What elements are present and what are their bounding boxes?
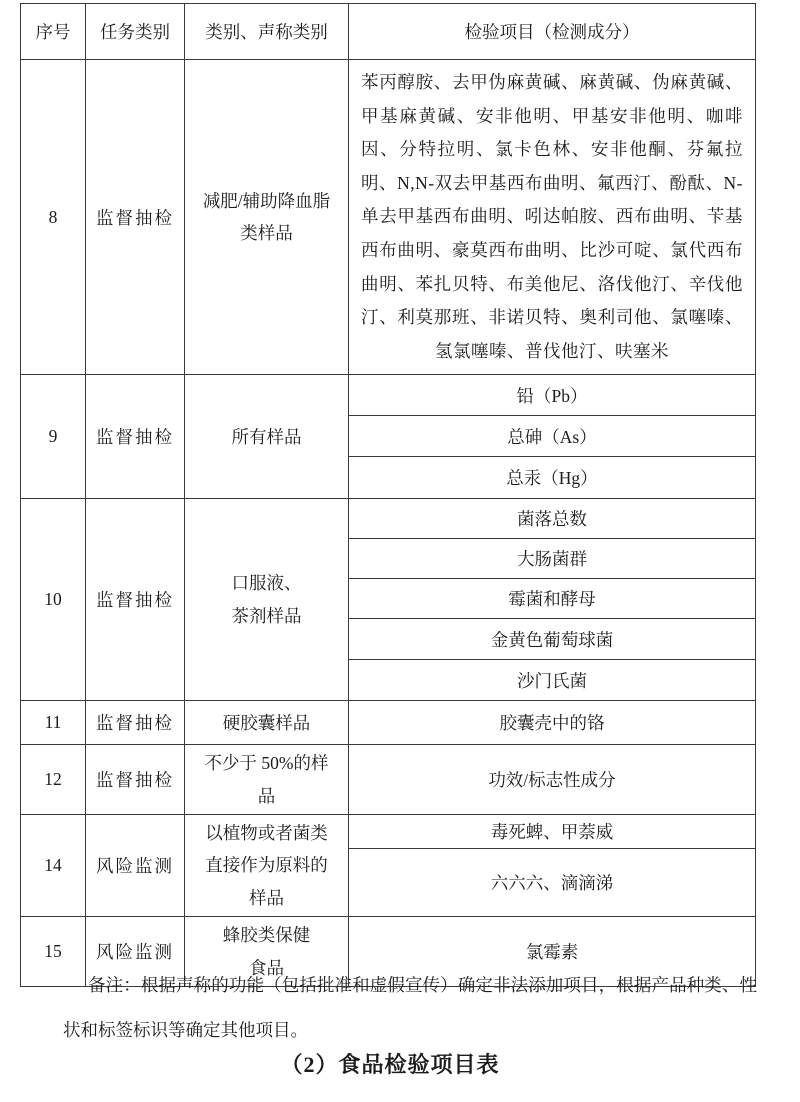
table-row: 9监督抽检所有样品铅（Pb） <box>21 375 756 416</box>
cell-claimed-category: 不少于 50%的样 品 <box>185 745 349 815</box>
cell-claimed-category: 所有样品 <box>185 375 349 499</box>
cell-inspection-item: 功效/标志性成分 <box>349 745 756 815</box>
cell-task-category: 监督抽检 <box>86 499 185 701</box>
section-title: （2）食品检验项目表 <box>0 1048 780 1079</box>
cell-claimed-category: 以植物或者菌类 直接作为原料的 样品 <box>185 815 349 917</box>
cell-inspection-item: 霉菌和酵母 <box>349 579 756 619</box>
col-header-task-category: 任务类别 <box>86 4 185 60</box>
table-row: 10监督抽检口服液、 茶剂样品菌落总数 <box>21 499 756 539</box>
cell-task-category: 监督抽检 <box>86 60 185 375</box>
col-header-claimed-category: 类别、声称类别 <box>185 4 349 60</box>
cell-row-number: 12 <box>21 745 86 815</box>
table-row: 14风险监测以植物或者菌类 直接作为原料的 样品毒死蜱、甲萘威 <box>21 815 756 849</box>
cell-row-number: 11 <box>21 701 86 745</box>
cell-row-number: 8 <box>21 60 86 375</box>
cell-task-category: 监督抽检 <box>86 745 185 815</box>
table-row: 8监督抽检减肥/辅助降血脂 类样品苯丙醇胺、去甲伪麻黄碱、麻黄碱、伪麻黄碱、甲基… <box>21 60 756 375</box>
cell-inspection-item: 铅（Pb） <box>349 375 756 416</box>
note-text: 备注：根据声称的功能（包括批准和虚假宣传）确定非法添加项目，根据产品种类、性状和… <box>63 963 757 1053</box>
cell-row-number: 14 <box>21 815 86 917</box>
cell-inspection-item: 六六六、滴滴涕 <box>349 849 756 917</box>
cell-task-category: 监督抽检 <box>86 375 185 499</box>
inspection-items-table: 序号 任务类别 类别、声称类别 检验项目（检测成分） 8监督抽检减肥/辅助降血脂… <box>20 3 756 987</box>
cell-inspection-item: 大肠菌群 <box>349 539 756 579</box>
cell-row-number: 9 <box>21 375 86 499</box>
cell-inspection-item: 胶囊壳中的铬 <box>349 701 756 745</box>
cell-inspection-item: 菌落总数 <box>349 499 756 539</box>
document-page: 序号 任务类别 类别、声称类别 检验项目（检测成分） 8监督抽检减肥/辅助降血脂… <box>0 0 800 1102</box>
cell-task-category: 监督抽检 <box>86 701 185 745</box>
cell-inspection-item: 总汞（Hg） <box>349 457 756 499</box>
cell-inspection-item: 沙门氏菌 <box>349 660 756 701</box>
cell-inspection-item: 金黄色葡萄球菌 <box>349 619 756 660</box>
col-header-inspection-items: 检验项目（检测成分） <box>349 4 756 60</box>
cell-inspection-item: 总砷（As） <box>349 416 756 457</box>
col-header-serial-number: 序号 <box>21 4 86 60</box>
cell-task-category: 风险监测 <box>86 815 185 917</box>
cell-claimed-category: 口服液、 茶剂样品 <box>185 499 349 701</box>
table-row: 12监督抽检不少于 50%的样 品功效/标志性成分 <box>21 745 756 815</box>
cell-inspection-item: 毒死蜱、甲萘威 <box>349 815 756 849</box>
cell-row-number: 10 <box>21 499 86 701</box>
table-row: 11监督抽检硬胶囊样品胶囊壳中的铬 <box>21 701 756 745</box>
cell-claimed-category: 硬胶囊样品 <box>185 701 349 745</box>
table-header-row: 序号 任务类别 类别、声称类别 检验项目（检测成分） <box>21 4 756 60</box>
cell-inspection-item: 苯丙醇胺、去甲伪麻黄碱、麻黄碱、伪麻黄碱、甲基麻黄碱、安非他明、甲基安非他明、咖… <box>349 60 756 375</box>
cell-claimed-category: 减肥/辅助降血脂 类样品 <box>185 60 349 375</box>
